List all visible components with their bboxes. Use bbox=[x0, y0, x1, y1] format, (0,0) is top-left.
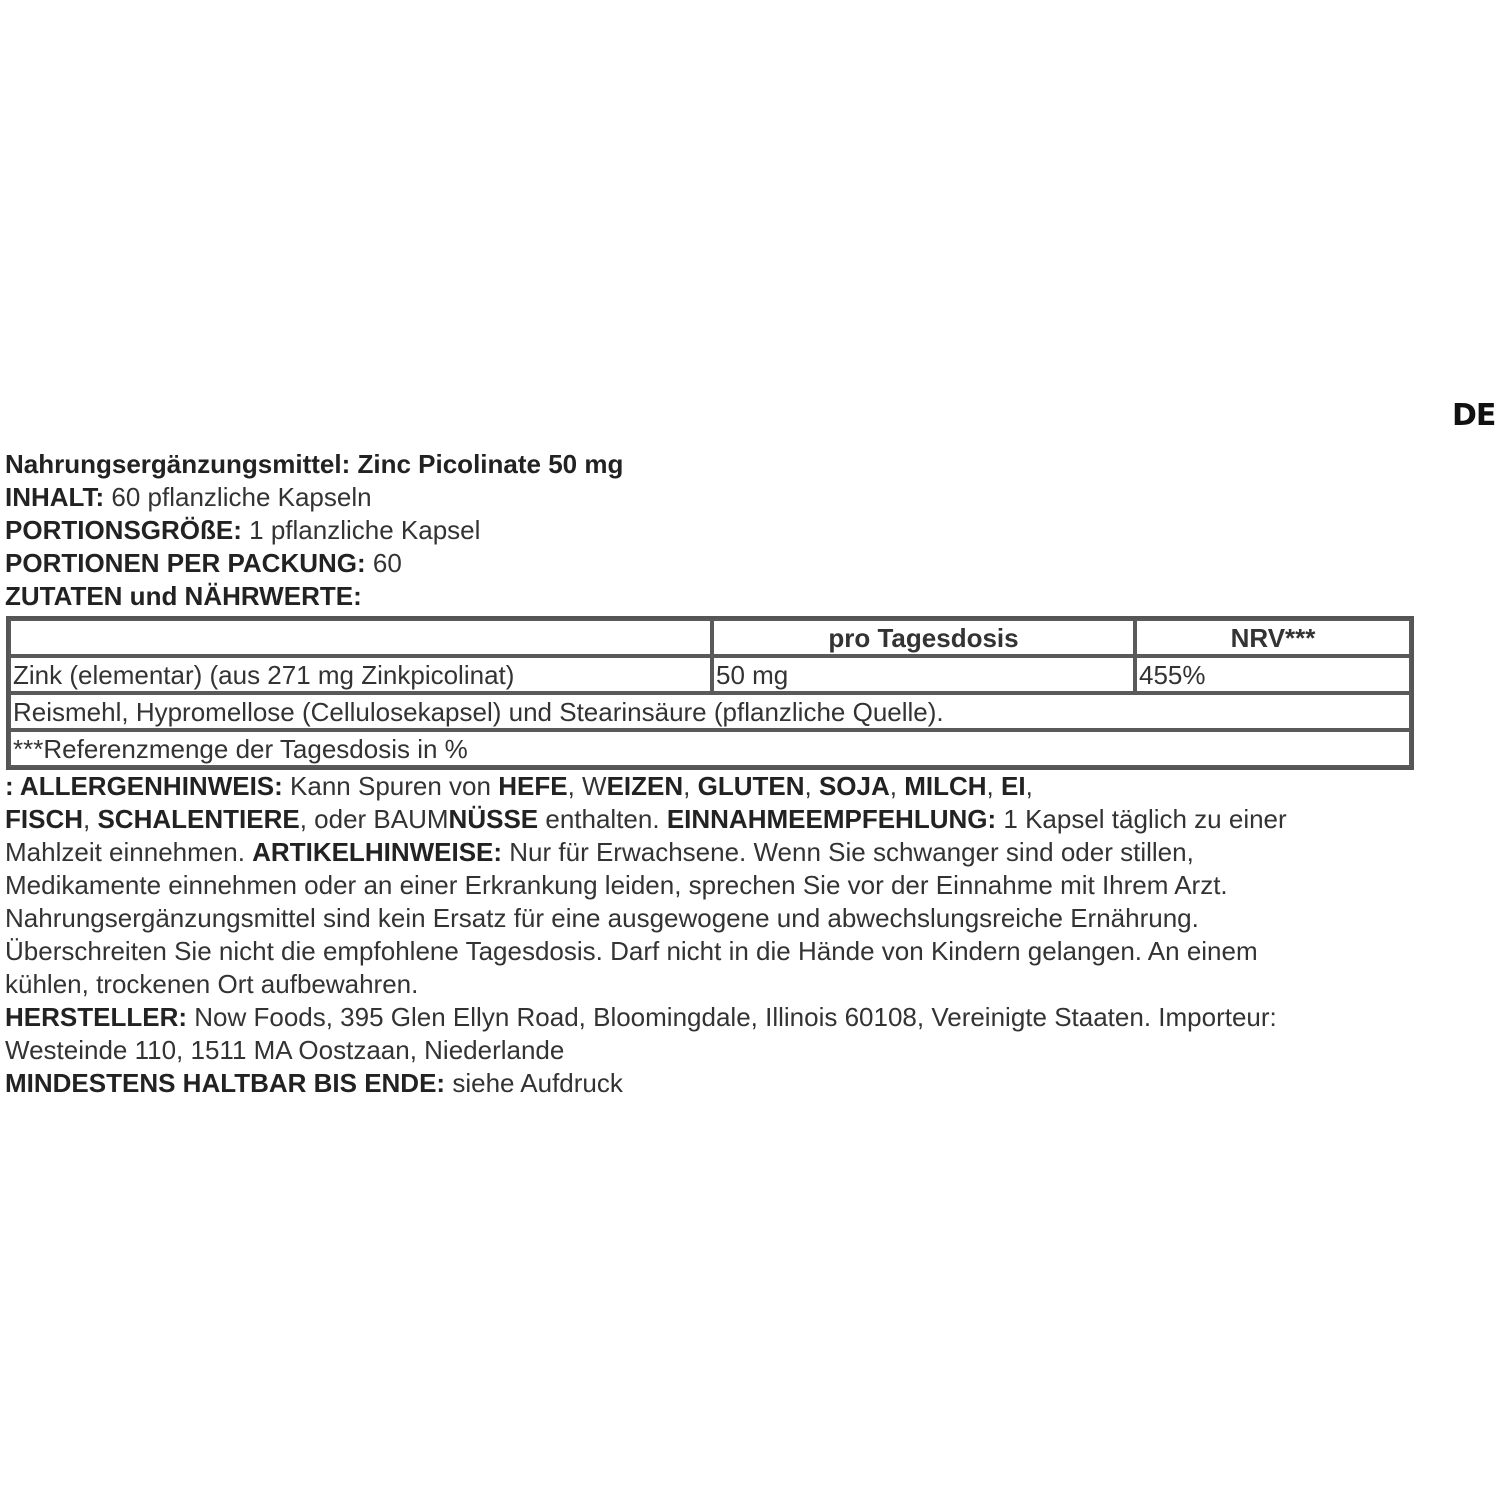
portion-size-line: PORTIONSGRÖßE: 1 pflanzliche Kapsel bbox=[5, 514, 1425, 547]
portions-per-pack-line: PORTIONEN PER PACKUNG: 60 bbox=[5, 547, 1425, 580]
column-header-nrv: NRV*** bbox=[1135, 619, 1411, 656]
best-before-label: MINDESTENS HALTBAR BIS ENDE: bbox=[5, 1068, 445, 1098]
allergen-intro: Kann Spuren von bbox=[290, 771, 491, 801]
allergen-milch: MILCH bbox=[904, 771, 986, 801]
allergen-hefe: HEFE bbox=[498, 771, 567, 801]
inhalt-label: INHALT: bbox=[5, 482, 104, 512]
allergen-ei: EI bbox=[1001, 771, 1026, 801]
allergen-fisch: FISCH bbox=[5, 804, 83, 834]
nutrient-name: Zink (elementar) (aus 271 mg Zinkpicolin… bbox=[9, 656, 712, 693]
dosage-text: 1 Kapsel täglich zu einer bbox=[1003, 804, 1286, 834]
title-value: Zinc Picolinate 50 mg bbox=[357, 449, 623, 479]
language-badge: DE bbox=[1452, 398, 1495, 433]
per-pack-value: 60 bbox=[373, 548, 402, 578]
manufacturer-label: HERSTELLER: bbox=[5, 1002, 187, 1032]
ingredients-heading: ZUTATEN und NÄHRWERTE: bbox=[5, 580, 1425, 613]
allergen-gluten: GLUTEN bbox=[698, 771, 805, 801]
nutrient-dose: 50 mg bbox=[712, 656, 1135, 693]
nrv-footnote: ***Referenzmenge der Tagesdosis in % bbox=[9, 730, 1411, 767]
notes-line-1: Nur für Erwachsene. Wenn Sie schwanger s… bbox=[509, 837, 1194, 867]
other-ingredients-row: Reismehl, Hypromellose (Cellulosekapsel)… bbox=[9, 693, 1411, 730]
nutrition-table: pro Tagesdosis NRV*** Zink (elementar) (… bbox=[6, 616, 1414, 770]
notes-line-5: kühlen, trockenen Ort aufbewahren. bbox=[5, 968, 1405, 1001]
column-header-empty bbox=[9, 619, 712, 656]
dosage-text-cont: Mahlzeit einnehmen. bbox=[5, 837, 245, 867]
product-label-document: Nahrungsergänzungsmittel: Zinc Picolinat… bbox=[5, 448, 1425, 1100]
allergen-oder: oder BAUM bbox=[314, 804, 448, 834]
ingredients-label: ZUTATEN und NÄHRWERTE: bbox=[5, 581, 362, 611]
per-pack-label: PORTIONEN PER PACKUNG: bbox=[5, 548, 366, 578]
allergen-enthalten: enthalten. bbox=[545, 804, 659, 834]
table-header-row: pro Tagesdosis NRV*** bbox=[9, 619, 1411, 656]
column-header-dose: pro Tagesdosis bbox=[712, 619, 1135, 656]
portion-value: 1 pflanzliche Kapsel bbox=[249, 515, 480, 545]
allergen-w: W bbox=[582, 771, 607, 801]
nutrient-nrv: 455% bbox=[1135, 656, 1411, 693]
notes-label: ARTIKELHINWEISE: bbox=[252, 837, 502, 867]
allergen-schalentiere: SCHALENTIERE bbox=[97, 804, 299, 834]
product-title: Nahrungsergänzungsmittel: Zinc Picolinat… bbox=[5, 448, 1425, 481]
portion-label: PORTIONSGRÖßE: bbox=[5, 515, 242, 545]
allergen-nuesse: NÜSSE bbox=[449, 804, 539, 834]
allergen-label: : ALLERGENHINWEIS: bbox=[5, 771, 283, 801]
allergen-soja: SOJA bbox=[819, 771, 890, 801]
importer-address: Westeinde 110, 1511 MA Oostzaan, Niederl… bbox=[5, 1034, 1425, 1067]
footnote-row: ***Referenzmenge der Tagesdosis in % bbox=[9, 730, 1411, 767]
dosage-label: EINNAHMEEMPFEHLUNG: bbox=[667, 804, 996, 834]
notes-line-3: Nahrungsergänzungsmittel sind kein Ersat… bbox=[5, 902, 1405, 935]
notes-line-2: Medikamente einnehmen oder an einer Erkr… bbox=[5, 869, 1405, 902]
notes-line-4: Überschreiten Sie nicht die empfohlene T… bbox=[5, 935, 1405, 968]
title-label: Nahrungsergänzungsmittel: bbox=[5, 449, 350, 479]
other-ingredients: Reismehl, Hypromellose (Cellulosekapsel)… bbox=[9, 693, 1411, 730]
allergen-weizen: EIZEN bbox=[607, 771, 684, 801]
table-row: Zink (elementar) (aus 271 mg Zinkpicolin… bbox=[9, 656, 1411, 693]
best-before-value: siehe Aufdruck bbox=[452, 1068, 623, 1098]
manufacturer-line: HERSTELLER: Now Foods, 395 Glen Ellyn Ro… bbox=[5, 1001, 1425, 1034]
best-before-line: MINDESTENS HALTBAR BIS ENDE: siehe Aufdr… bbox=[5, 1067, 1425, 1100]
allergen-and-notes-paragraph: : ALLERGENHINWEIS: Kann Spuren von HEFE,… bbox=[5, 770, 1405, 1001]
content-line: INHALT: 60 pflanzliche Kapseln bbox=[5, 481, 1425, 514]
manufacturer-address: Now Foods, 395 Glen Ellyn Road, Blooming… bbox=[194, 1002, 1277, 1032]
inhalt-value: 60 pflanzliche Kapseln bbox=[111, 482, 371, 512]
